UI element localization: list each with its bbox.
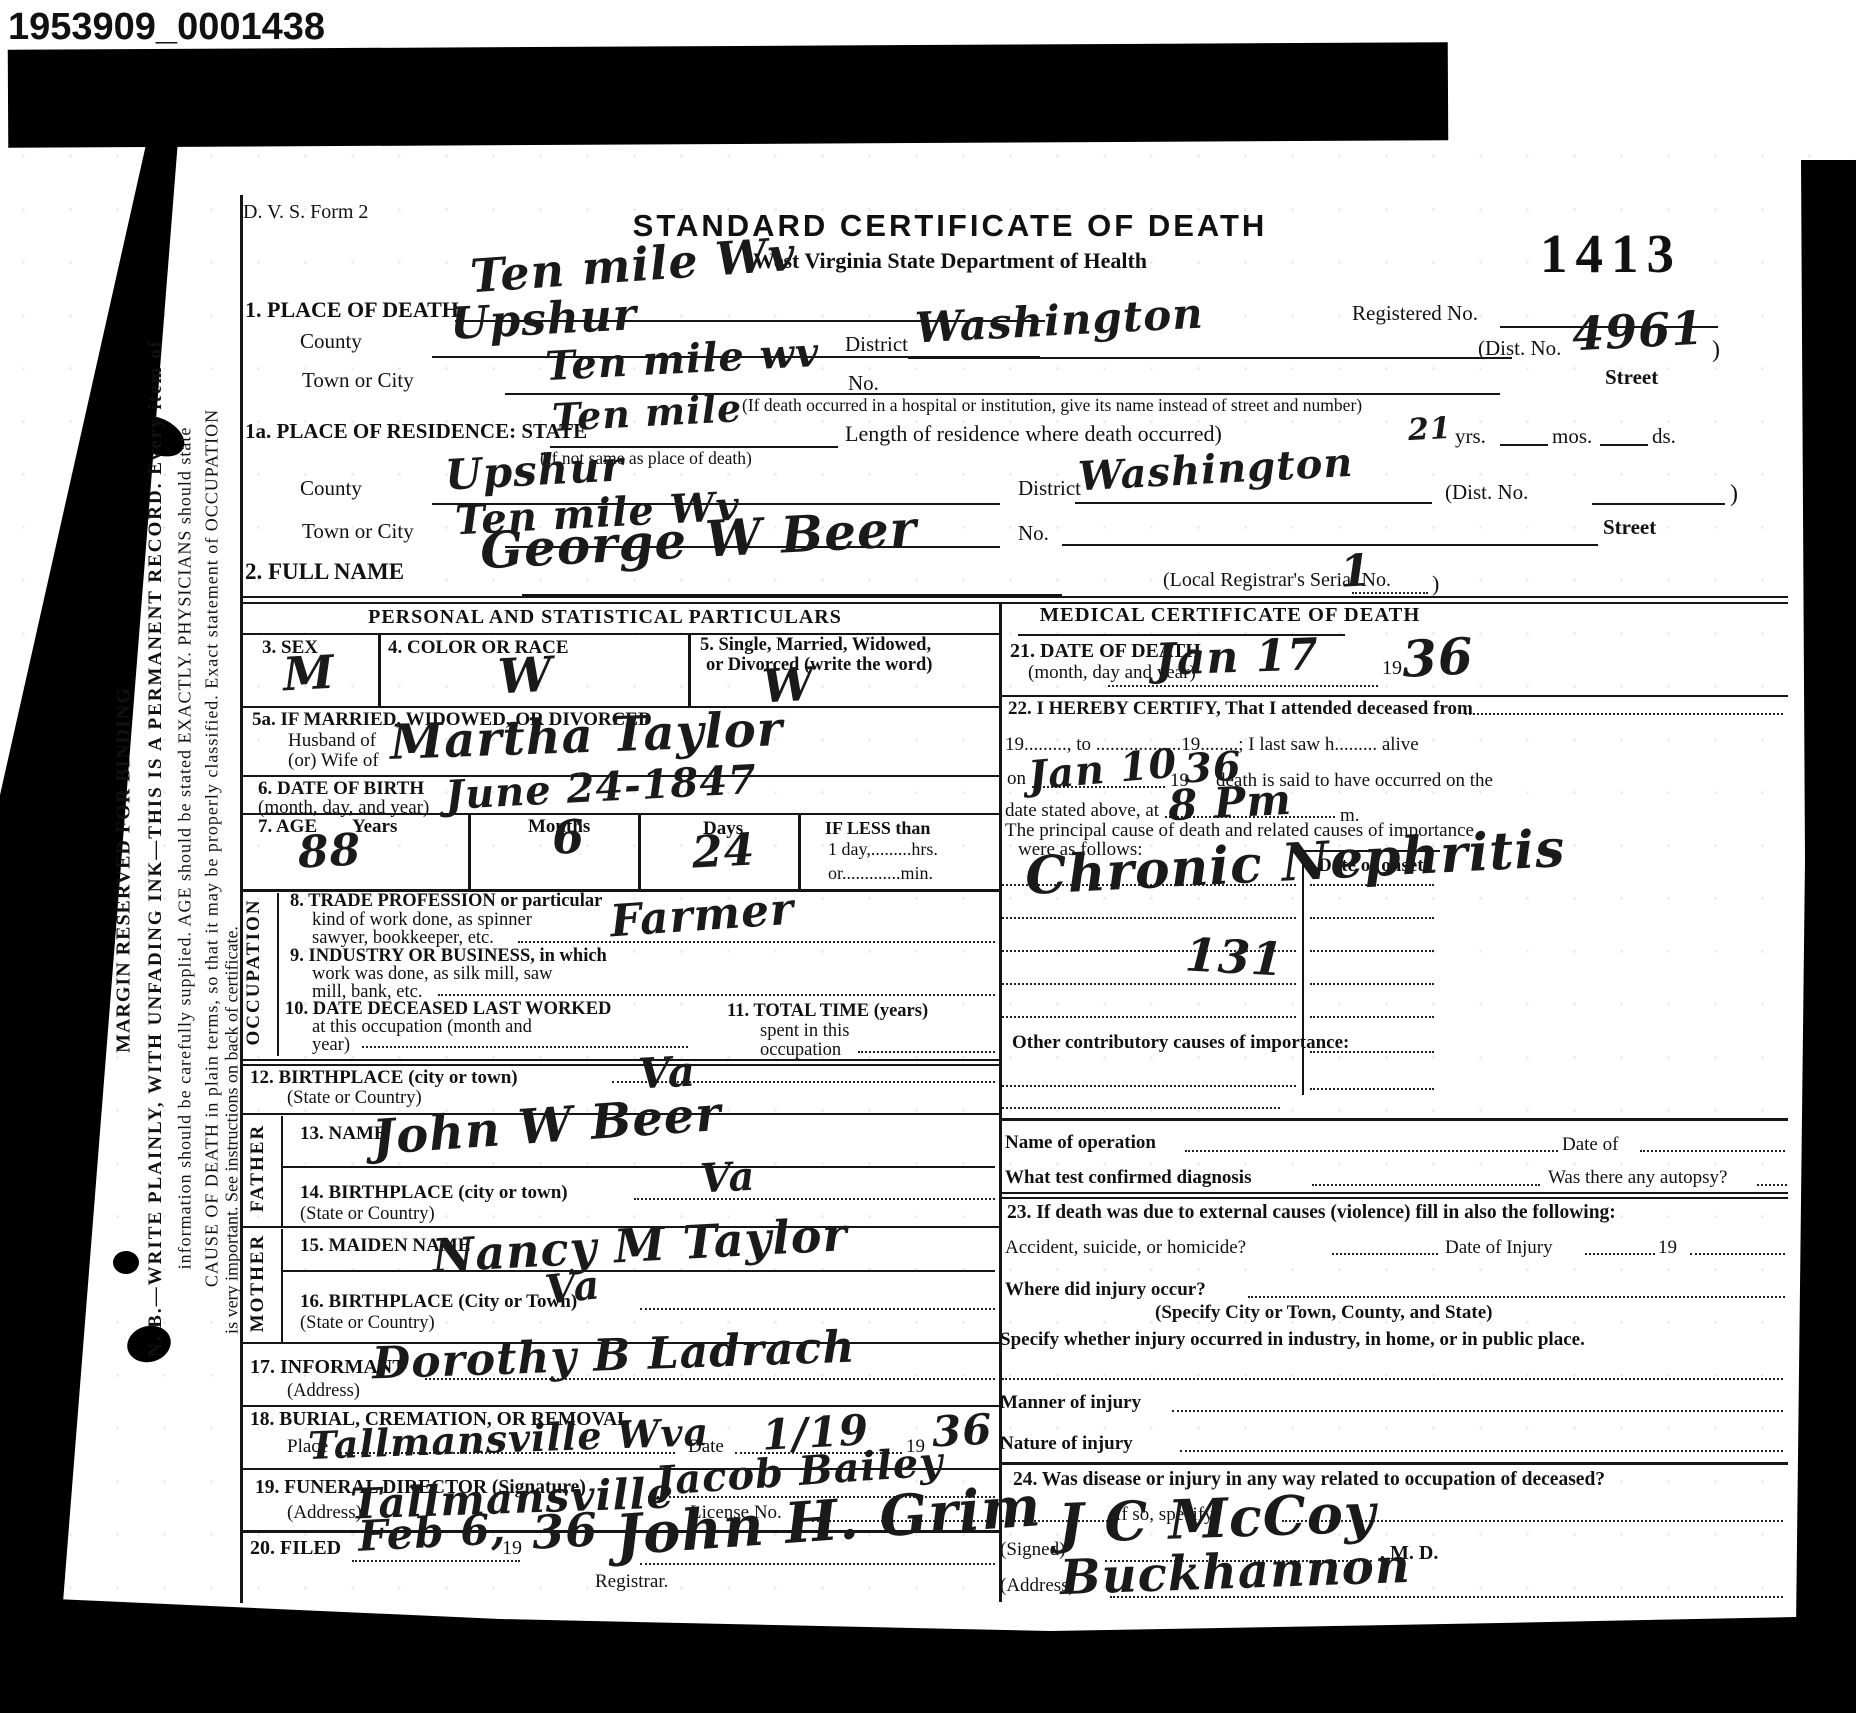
- county2-label: County: [300, 477, 362, 499]
- dotted-line: [1757, 1184, 1787, 1186]
- dotted-line: [1108, 685, 1378, 687]
- filed-year-value: 36: [531, 1502, 600, 1559]
- cell-divider: [688, 633, 691, 706]
- dotted-line: [1312, 1184, 1540, 1186]
- rule: [240, 602, 1788, 604]
- mos-label: mos.: [1552, 425, 1592, 447]
- county1-label: County: [300, 330, 362, 352]
- rule: [1062, 544, 1598, 546]
- dotted-line: [1002, 1085, 1296, 1087]
- dotted-line: [1310, 950, 1434, 952]
- dist-no1-label: (Dist. No.: [1478, 337, 1561, 359]
- rule: [240, 596, 1788, 598]
- rule: [1000, 695, 1788, 697]
- scan-artifact-bottom-band: [0, 1595, 1856, 1713]
- rule: [1592, 503, 1725, 505]
- personal-section-title: PERSONAL AND STATISTICAL PARTICULARS: [330, 607, 880, 628]
- dod-year-prefix: 19: [1382, 658, 1402, 679]
- mother-birthplace-label-2: (State or Country): [300, 1314, 435, 1333]
- dob-label-2: (month, day, and year): [258, 798, 429, 818]
- marital-label-1: 5. Single, Married, Widowed,: [700, 636, 931, 655]
- scan-artifact-left-strip: [0, 140, 200, 1635]
- dotted-line: [1172, 1410, 1783, 1412]
- bracket-rule: [277, 893, 279, 1056]
- district1-value: Washington: [914, 288, 1205, 352]
- nature-of-injury-label: Nature of injury: [1000, 1434, 1133, 1454]
- dotted-line: [1690, 1253, 1785, 1255]
- margin-note-line2: information should be carefully supplied…: [175, 427, 196, 1270]
- father-birthplace-value: Va: [699, 1153, 757, 1203]
- registrar-label: Registrar.: [595, 1572, 668, 1592]
- contributory-label: Other contributory causes of importance:: [1012, 1033, 1349, 1053]
- dotted-line: [634, 1198, 995, 1200]
- dod-year-value: 36: [1401, 626, 1476, 689]
- dotted-line: [1332, 1253, 1438, 1255]
- rule: [1000, 1118, 1788, 1121]
- external-causes-label: 23. If death was due to external causes …: [1007, 1203, 1616, 1223]
- injury-year-label: 19: [1658, 1238, 1677, 1258]
- scanned-death-certificate: 1953909_0001438 MARGIN RESERVED FOR BIND…: [0, 0, 1856, 1713]
- father-side-tab: FATHER: [247, 1124, 269, 1212]
- total-time-label-2: spent in this: [760, 1022, 849, 1041]
- dotted-line: [1185, 1150, 1558, 1152]
- certify-label-1: 22. I HEREBY CERTIFY, That I attended de…: [1008, 699, 1473, 719]
- no1-label: No.: [848, 372, 879, 394]
- scan-artifact-right-strip: [1795, 160, 1856, 1713]
- no2-label: No.: [1018, 522, 1049, 544]
- age-months-value: 6: [551, 809, 587, 865]
- dotted-line: [1002, 1378, 1783, 1380]
- dist-no2-close: ): [1730, 482, 1738, 507]
- father-birthplace-label-1: 14. BIRTHPLACE (city or town): [300, 1183, 568, 1203]
- age-days-value: 24: [691, 824, 757, 878]
- margin-note-line3: CAUSE OF DEATH in plain terms, so that i…: [202, 409, 223, 1287]
- filed-label: 20. FILED: [250, 1538, 341, 1559]
- scan-artifact-top-band: [8, 42, 1448, 148]
- injury-date-label: Date of Injury: [1445, 1238, 1553, 1258]
- cell-divider: [468, 813, 471, 889]
- signed-label: (Signed): [1000, 1540, 1065, 1560]
- hole-punch: [113, 1251, 139, 1274]
- age-years-value: 88: [297, 824, 363, 878]
- ds-label: ds.: [1652, 425, 1676, 447]
- town2-label: Town or City: [302, 520, 414, 542]
- cell-divider: [798, 813, 801, 889]
- rule: [1500, 444, 1548, 446]
- dotted-line: [1002, 1016, 1296, 1018]
- rule: [240, 1064, 999, 1066]
- dod-value: Jan 17: [1154, 629, 1320, 686]
- age-if-less-label: IF LESS than: [825, 819, 930, 838]
- dotted-line: [1585, 1253, 1655, 1255]
- specify-city-label: (Specify City or Town, County, and State…: [1155, 1303, 1492, 1323]
- town1-label: Town or City: [302, 369, 414, 391]
- bracket-rule: [281, 1229, 283, 1342]
- certify-on-label: on: [1007, 769, 1026, 789]
- rule: [281, 1166, 995, 1168]
- dotted-line: [1002, 917, 1296, 919]
- total-time-label-1: 11. TOTAL TIME (years): [727, 1002, 928, 1021]
- dotted-line: [1465, 713, 1783, 715]
- operation-date-label: Date of: [1562, 1135, 1618, 1155]
- dotted-line: [1180, 1450, 1783, 1452]
- age-hrs-label: 1 day,.........hrs.: [828, 840, 938, 859]
- birthplace-label-2: (State or Country): [287, 1089, 422, 1108]
- rule: [1075, 502, 1432, 504]
- last-worked-label-3: year): [312, 1036, 350, 1055]
- serial-close: ): [1432, 572, 1439, 595]
- dotted-line: [1310, 1088, 1434, 1090]
- dob-label-1: 6. DATE OF BIRTH: [258, 779, 424, 799]
- cell-divider: [638, 813, 641, 889]
- filed-date-value: Feb 6,: [357, 1504, 507, 1561]
- dotted-line: [1310, 983, 1434, 985]
- total-time-label-3: occupation: [760, 1041, 841, 1060]
- mother-birthplace-label-1: 16. BIRTHPLACE (City or Town): [300, 1292, 577, 1312]
- autopsy-label: Was there any autopsy?: [1548, 1168, 1727, 1188]
- certify-time-value: 8 Pm: [1167, 775, 1293, 830]
- dotted-line: [1248, 1296, 1785, 1298]
- scan-id-label: 1953909_0001438: [8, 8, 325, 48]
- rule: [240, 1059, 999, 1061]
- margin-note-line1: N. B.—WRITE PLAINLY, WITH UNFADING INK—T…: [145, 339, 167, 1357]
- dist-no1-close: ): [1712, 338, 1720, 363]
- dotted-line: [438, 994, 995, 996]
- age-min-label: or.............min.: [828, 864, 933, 883]
- margin-note-line4: is very important. See instructions on b…: [222, 926, 243, 1334]
- cell-divider: [378, 633, 381, 706]
- form-number: D. V. S. Form 2: [243, 202, 368, 223]
- dotted-line: [1002, 1107, 1280, 1109]
- margin-binding-note: MARGIN RESERVED FOR BINDING: [113, 687, 136, 1053]
- rule: [240, 1405, 999, 1407]
- occupation-side-tab: OCCUPATION: [243, 898, 265, 1045]
- rule: [1000, 1197, 1788, 1199]
- trade-value: Farmer: [608, 884, 795, 948]
- father-name-value: John W Beer: [370, 1086, 723, 1166]
- bracket-rule: [281, 1116, 283, 1226]
- dotted-line: [640, 1308, 995, 1310]
- marital-label-2: or Divorced (write the word): [706, 656, 932, 675]
- race-value: W: [497, 647, 555, 706]
- residence-label: 1a. PLACE OF RESIDENCE: STATE: [245, 420, 587, 442]
- dotted-line: [1310, 917, 1434, 919]
- hospital-note: (If death occurred in a hospital or inst…: [742, 396, 1362, 414]
- district1-label: District: [845, 333, 908, 355]
- district2-value: Washington: [1077, 439, 1355, 500]
- test-label: What test confirmed diagnosis: [1005, 1168, 1251, 1188]
- spouse-label-2: Husband of: [288, 731, 376, 751]
- residence-value: Ten mile: [551, 385, 743, 440]
- dist-no1-value: 4961: [1571, 301, 1706, 362]
- certificate-number-stamp: 1413: [1540, 222, 1682, 285]
- informant-address-label: (Address): [287, 1382, 360, 1401]
- rule: [908, 357, 1512, 359]
- sex-value: M: [282, 645, 337, 702]
- manner-of-injury-label: Manner of injury: [1000, 1393, 1141, 1413]
- birthplace-label-1: 12. BIRTHPLACE (city or town): [250, 1068, 518, 1088]
- rule: [522, 594, 1062, 596]
- dotted-line: [362, 1046, 688, 1048]
- dotted-line: [352, 1560, 520, 1562]
- operation-name-label: Name of operation: [1005, 1133, 1156, 1153]
- certify-label-4: date stated above, at: [1005, 801, 1159, 821]
- medical-section-title: MEDICAL CERTIFICATE OF DEATH: [1020, 605, 1440, 627]
- dotted-line: [1640, 1150, 1785, 1152]
- where-injury-label: Where did injury occur?: [1005, 1280, 1206, 1300]
- district2-label: District: [1018, 477, 1081, 499]
- serial-value: 1: [1339, 545, 1373, 598]
- spouse-label-3: (or) Wife of: [288, 751, 379, 771]
- rule: [1000, 1462, 1788, 1465]
- rule: [1000, 1192, 1788, 1194]
- trade-label-1: 8. TRADE PROFESSION or particular: [290, 892, 602, 911]
- dotted-line: [858, 1051, 995, 1053]
- residence-length-label: Length of residence where death occurred…: [845, 422, 1222, 445]
- cause-code-value: 131: [1184, 927, 1286, 986]
- accident-label: Accident, suicide, or homicide?: [1005, 1238, 1246, 1258]
- dotted-line: [518, 941, 995, 943]
- rule: [1600, 444, 1648, 446]
- residence-length-value: 21: [1407, 411, 1453, 448]
- street2-label: Street: [1603, 516, 1656, 538]
- dist-no2-label: (Dist. No.: [1445, 481, 1528, 503]
- street1-label: Street: [1605, 366, 1658, 388]
- mother-birthplace-value: Va: [543, 1261, 603, 1314]
- yrs-label: yrs.: [1455, 425, 1486, 447]
- father-birthplace-label-2: (State or Country): [300, 1205, 435, 1224]
- specify-place-label: Specify whether injury occurred in indus…: [1000, 1330, 1585, 1350]
- place-of-death-label: 1. PLACE OF DEATH: [245, 298, 459, 321]
- dotted-line: [1310, 1016, 1434, 1018]
- registered-no-label: Registered No.: [1352, 302, 1478, 324]
- full-name-label: 2. FULL NAME: [245, 560, 404, 584]
- mother-side-tab: MOTHER: [247, 1234, 269, 1333]
